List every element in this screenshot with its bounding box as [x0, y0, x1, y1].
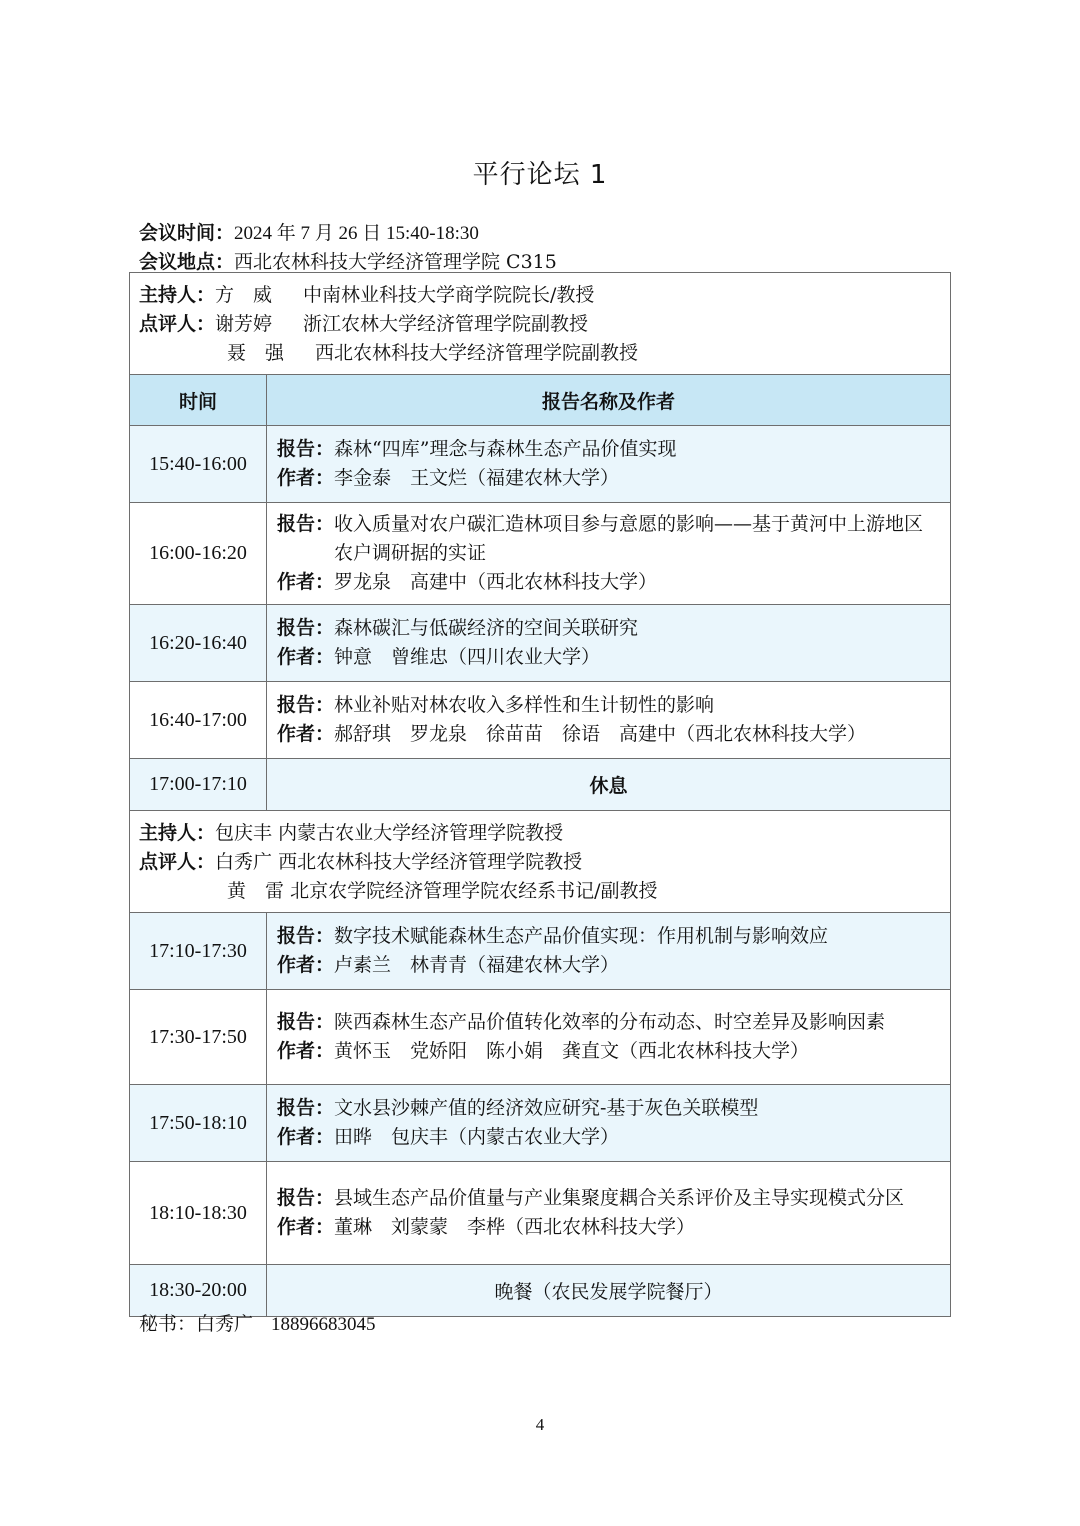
talk-content: 报告：森林碳汇与低碳经济的空间关联研究 作者：钟意 曾维忠（四川农业大学） [267, 605, 951, 682]
reviewer-line: 黄 雷 北京农学院经济管理学院农经系书记/副教授 [139, 877, 942, 906]
reviewer-name: 白秀广 [215, 851, 272, 873]
report-title: 数字技术赋能森林生态产品价值实现：作用机制与影响效应 [334, 922, 940, 951]
meeting-place: 会议地点：西北农林科技大学经济管理学院 C315 [139, 247, 557, 274]
host-title: 中南林业科技大学商学院院长/教授 [303, 284, 594, 306]
report-title: 文水县沙棘产值的经济效应研究-基于灰色关联模型 [334, 1094, 940, 1123]
reviewer-name: 聂 强 [227, 339, 315, 368]
reviewer-name: 黄 雷 [227, 880, 284, 902]
secretary-name: 白秀广 [196, 1313, 253, 1335]
talk-time: 16:20-16:40 [130, 605, 267, 682]
secretary-info: 秘书：白秀广18896683045 [139, 1309, 376, 1336]
table-row: 17:50-18:10 报告：文水县沙棘产值的经济效应研究-基于灰色关联模型 作… [130, 1085, 951, 1162]
host-line: 主持人：包庆丰 内蒙古农业大学经济管理学院教授 [139, 819, 942, 848]
table-row: 18:10-18:30 报告：县域生态产品价值量与产业集聚度耦合关系评价及主导实… [130, 1162, 951, 1265]
session1-hosts-row: 主持人：方 威中南林业科技大学商学院院长/教授 点评人：谢芳婷浙江农林大学经济管… [130, 273, 951, 375]
report-authors: 郝舒琪 罗龙泉 徐苗苗 徐语 高建中（西北农林科技大学） [334, 720, 940, 749]
report-title: 林业补贴对林农收入多样性和生计韧性的影响 [334, 691, 940, 720]
reviewer-title: 浙江农林大学经济管理学院副教授 [303, 313, 588, 335]
break-time: 17:00-17:10 [130, 759, 267, 811]
reviewer-line: 点评人：白秀广 西北农林科技大学经济管理学院教授 [139, 848, 942, 877]
table-row: 17:30-17:50 报告：陕西森林生态产品价值转化效率的分布动态、时空差异及… [130, 990, 951, 1085]
report-authors: 黄怀玉 党娇阳 陈小娟 龚直文（西北农林科技大学） [334, 1037, 940, 1066]
host-title: 内蒙古农业大学经济管理学院教授 [278, 822, 563, 844]
header-time: 时间 [130, 375, 267, 426]
report-title: 县域生态产品价值量与产业集聚度耦合关系评价及主导实现模式分区 [334, 1184, 940, 1213]
report-authors: 钟意 曾维忠（四川农业大学） [334, 643, 940, 672]
talk-time: 17:10-17:30 [130, 913, 267, 990]
report-authors: 田晔 包庆丰（内蒙古农业大学） [334, 1123, 940, 1152]
report-label: 报告： [277, 691, 334, 720]
break-row: 17:00-17:10 休息 [130, 759, 951, 811]
session2-hosts: 主持人：包庆丰 内蒙古农业大学经济管理学院教授 点评人：白秀广 西北农林科技大学… [130, 811, 951, 913]
secretary-label: 秘书： [139, 1313, 196, 1335]
reviewer-name: 谢芳婷 [215, 310, 303, 339]
host-name: 包庆丰 [215, 822, 272, 844]
reviewer-line: 点评人：谢芳婷浙江农林大学经济管理学院副教授 [139, 310, 942, 339]
reviewer-line: 聂 强西北农林科技大学经济管理学院副教授 [139, 339, 942, 368]
report-authors: 董琳 刘蒙蒙 李桦（西北农林科技大学） [334, 1213, 940, 1242]
talk-content: 报告：文水县沙棘产值的经济效应研究-基于灰色关联模型 作者：田晔 包庆丰（内蒙古… [267, 1085, 951, 1162]
talk-content: 报告：收入质量对农户碳汇造林项目参与意愿的影响——基于黄河中上游地区农户调研据的… [267, 503, 951, 605]
talk-time: 16:00-16:20 [130, 503, 267, 605]
talk-content: 报告：数字技术赋能森林生态产品价值实现：作用机制与影响效应 作者：卢素兰 林青青… [267, 913, 951, 990]
report-authors: 卢素兰 林青青（福建农林大学） [334, 951, 940, 980]
table-row: 17:10-17:30 报告：数字技术赋能森林生态产品价值实现：作用机制与影响效… [130, 913, 951, 990]
reviewer-title: 西北农林科技大学经济管理学院副教授 [315, 342, 638, 364]
report-label: 报告： [277, 1008, 334, 1037]
host-label: 主持人： [139, 822, 215, 844]
report-label: 报告： [277, 1094, 334, 1123]
talk-content: 报告：林业补贴对林农收入多样性和生计韧性的影响 作者：郝舒琪 罗龙泉 徐苗苗 徐… [267, 682, 951, 759]
report-label: 报告： [277, 510, 334, 568]
report-title: 森林“四库”理念与森林生态产品价值实现 [334, 435, 940, 464]
reviewer-label: 点评人： [139, 851, 215, 873]
report-label: 报告： [277, 1184, 334, 1213]
reviewer-title: 北京农学院经济管理学院农经系书记/副教授 [290, 880, 657, 902]
report-title: 陕西森林生态产品价值转化效率的分布动态、时空差异及影响因素 [334, 1008, 940, 1037]
author-label: 作者： [277, 951, 334, 980]
meeting-time-label: 会议时间： [139, 222, 234, 244]
session2-hosts-row: 主持人：包庆丰 内蒙古农业大学经济管理学院教授 点评人：白秀广 西北农林科技大学… [130, 811, 951, 913]
report-authors: 李金泰 王文烂（福建农林大学） [334, 464, 940, 493]
table-row: 16:00-16:20 报告：收入质量对农户碳汇造林项目参与意愿的影响——基于黄… [130, 503, 951, 605]
author-label: 作者： [277, 643, 334, 672]
page-number: 4 [0, 1415, 1080, 1435]
table-row: 16:40-17:00 报告：林业补贴对林农收入多样性和生计韧性的影响 作者：郝… [130, 682, 951, 759]
meeting-time: 会议时间：2024 年 7 月 26 日 15:40-18:30 [139, 218, 479, 245]
talk-time: 15:40-16:00 [130, 426, 267, 503]
report-label: 报告： [277, 922, 334, 951]
author-label: 作者： [277, 464, 334, 493]
report-label: 报告： [277, 614, 334, 643]
talk-content: 报告：县域生态产品价值量与产业集聚度耦合关系评价及主导实现模式分区 作者：董琳 … [267, 1162, 951, 1265]
reviewer-label: 点评人： [139, 313, 215, 335]
table-header: 时间 报告名称及作者 [130, 375, 951, 426]
talk-content: 报告：森林“四库”理念与森林生态产品价值实现 作者：李金泰 王文烂（福建农林大学… [267, 426, 951, 503]
schedule-table: 主持人：方 威中南林业科技大学商学院院长/教授 点评人：谢芳婷浙江农林大学经济管… [129, 272, 951, 1317]
author-label: 作者： [277, 1123, 334, 1152]
meeting-time-value: 2024 年 7 月 26 日 15:40-18:30 [234, 223, 479, 244]
report-title: 森林碳汇与低碳经济的空间关联研究 [334, 614, 940, 643]
host-name: 方 威 [215, 281, 303, 310]
reviewer-title: 西北农林科技大学经济管理学院教授 [278, 851, 582, 873]
header-report: 报告名称及作者 [267, 375, 951, 426]
secretary-phone: 18896683045 [271, 1314, 376, 1335]
talk-time: 16:40-17:00 [130, 682, 267, 759]
talk-content: 报告：陕西森林生态产品价值转化效率的分布动态、时空差异及影响因素 作者：黄怀玉 … [267, 990, 951, 1085]
page-title: 平行论坛 1 [0, 154, 1080, 191]
report-title: 收入质量对农户碳汇造林项目参与意愿的影响——基于黄河中上游地区农户调研据的实证 [334, 510, 940, 568]
host-label: 主持人： [139, 284, 215, 306]
talk-time: 18:10-18:30 [130, 1162, 267, 1265]
session1-hosts: 主持人：方 威中南林业科技大学商学院院长/教授 点评人：谢芳婷浙江农林大学经济管… [130, 273, 951, 375]
report-label: 报告： [277, 435, 334, 464]
author-label: 作者： [277, 1213, 334, 1242]
author-label: 作者： [277, 720, 334, 749]
report-authors: 罗龙泉 高建中（西北农林科技大学） [334, 568, 940, 597]
meeting-place-label: 会议地点： [139, 251, 234, 273]
table-row: 15:40-16:00 报告：森林“四库”理念与森林生态产品价值实现 作者：李金… [130, 426, 951, 503]
author-label: 作者： [277, 1037, 334, 1066]
break-label: 休息 [267, 759, 951, 811]
meeting-place-value: 西北农林科技大学经济管理学院 C315 [234, 251, 557, 273]
table-row: 16:20-16:40 报告：森林碳汇与低碳经济的空间关联研究 作者：钟意 曾维… [130, 605, 951, 682]
author-label: 作者： [277, 568, 334, 597]
host-line: 主持人：方 威中南林业科技大学商学院院长/教授 [139, 281, 942, 310]
talk-time: 17:30-17:50 [130, 990, 267, 1085]
talk-time: 17:50-18:10 [130, 1085, 267, 1162]
